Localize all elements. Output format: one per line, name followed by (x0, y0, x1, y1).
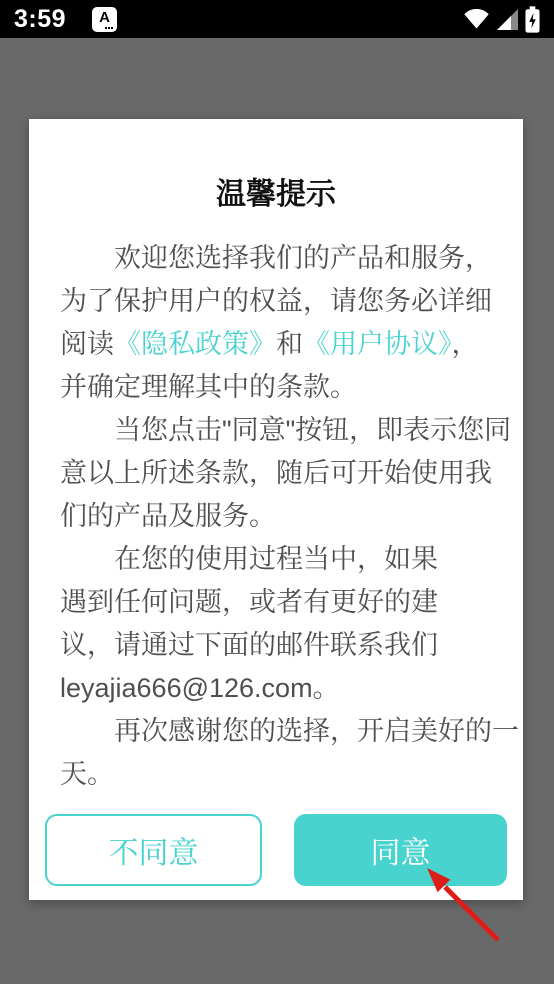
paragraph: 欢迎您选择我们的产品和服务，为了保护用户的权益，请您务必详细阅读《隐私政策》和《… (60, 237, 492, 409)
dialog-title: 温馨提示 (60, 177, 492, 213)
text-line: 并确定理解其中的条款。 (60, 366, 492, 409)
text-line: leyajia666@126.com。 (60, 667, 492, 710)
text-segment: 意以上所述条款，随后可开始使用我 (60, 458, 492, 488)
text-line: 意以上所述条款，随后可开始使用我 (60, 452, 492, 495)
status-bar: 3:59 A (0, 0, 554, 38)
status-bar-left: 3:59 A (14, 5, 117, 34)
text-segment: 再次感谢您的选择，开启美好的一 (60, 716, 519, 746)
text-segment: 天。 (60, 759, 114, 789)
paragraph: 当您点击"同意"按钮，即表示您同意以上所述条款，随后可开始使用我们的产品及服务。 (60, 409, 492, 538)
app-icon-letter: A (99, 11, 110, 25)
user-agreement-link[interactable]: 《用户协议》 (303, 329, 452, 359)
wifi-icon (463, 9, 490, 29)
text-line: 遇到任何问题，或者有更好的建 (60, 581, 492, 624)
text-segment: 在您的使用过程当中，如果 (60, 544, 438, 574)
text-segment: 议，请通过下面的邮件联系我们 (60, 630, 438, 660)
text-segment: ， (452, 329, 479, 359)
text-line: 天。 (60, 753, 492, 796)
text-line: 议，请通过下面的邮件联系我们 (60, 624, 492, 667)
text-line: 阅读《隐私政策》和《用户协议》， (60, 323, 492, 366)
text-segment: leyajia666@126.com。 (60, 673, 340, 703)
agree-button[interactable]: 同意 (294, 814, 507, 886)
text-line: 为了保护用户的权益，请您务必详细 (60, 280, 492, 323)
text-segment: 为了保护用户的权益，请您务必详细 (60, 286, 492, 316)
text-line: 们的产品及服务。 (60, 495, 492, 538)
disagree-button[interactable]: 不同意 (45, 814, 262, 886)
text-segment: 当您点击"同意"按钮，即表示您同 (60, 415, 511, 445)
text-segment: 阅读 (60, 329, 114, 359)
text-segment: 们的产品及服务。 (60, 501, 276, 531)
text-line: 当您点击"同意"按钮，即表示您同 (60, 409, 492, 452)
text-segment: 和 (276, 329, 303, 359)
app-notification-icon: A (92, 7, 117, 32)
text-line: 再次感谢您的选择，开启美好的一 (60, 710, 492, 753)
app-icon-dots (111, 27, 113, 29)
cellular-signal-icon (497, 9, 518, 30)
dialog-body: 欢迎您选择我们的产品和服务，为了保护用户的权益，请您务必详细阅读《隐私政策》和《… (60, 237, 492, 796)
status-bar-right (463, 6, 540, 33)
dialog-button-row: 不同意 同意 (45, 814, 507, 886)
text-segment: 并确定理解其中的条款。 (60, 372, 357, 402)
paragraph: 在您的使用过程当中，如果遇到任何问题，或者有更好的建议，请通过下面的邮件联系我们… (60, 538, 492, 710)
privacy-policy-link[interactable]: 《隐私政策》 (114, 329, 276, 359)
text-segment: 欢迎您选择我们的产品和服务， (60, 243, 492, 273)
paragraph: 再次感谢您的选择，开启美好的一天。 (60, 710, 492, 796)
consent-dialog: 温馨提示 欢迎您选择我们的产品和服务，为了保护用户的权益，请您务必详细阅读《隐私… (29, 119, 523, 900)
text-line: 在您的使用过程当中，如果 (60, 538, 492, 581)
battery-charging-icon (525, 6, 540, 33)
text-line: 欢迎您选择我们的产品和服务， (60, 237, 492, 280)
text-segment: 遇到任何问题，或者有更好的建 (60, 587, 438, 617)
clock: 3:59 (14, 5, 66, 34)
